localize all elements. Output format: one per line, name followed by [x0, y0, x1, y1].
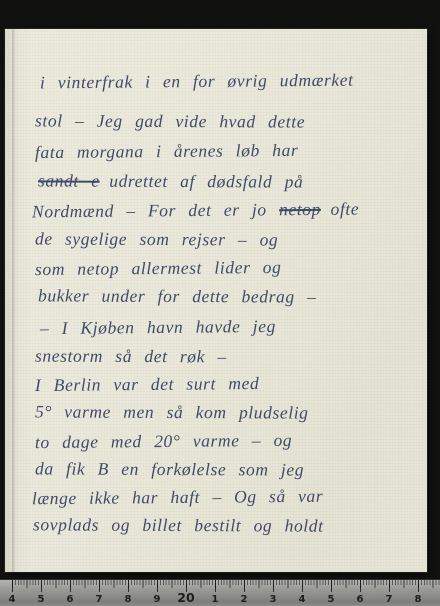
line-text: sovplads og billet bestilt og holdt — [33, 514, 324, 535]
line-text: bukker under for dette bedrag – — [38, 285, 317, 306]
handwritten-line: bukker under for dette bedrag – — [38, 284, 317, 307]
line-text: som netop allermest lider og — [35, 257, 282, 279]
ruler: 4 5 6 7 8 9 20 1 2 3 4 5 6 7 8 — [0, 579, 440, 606]
handwritten-line: I Berlin var det surt med — [35, 372, 259, 396]
line-text: I Berlin var det surt med — [35, 373, 259, 395]
handwritten-line: længe ikke har haft – Og så var — [32, 485, 323, 510]
ruler-number: 4 — [291, 594, 313, 605]
ruler-number: 7 — [88, 594, 110, 605]
ruler-number: 9 — [146, 594, 168, 605]
handwritten-line: da fik B en forkølelse som jeg — [35, 457, 304, 480]
ruler-number: 3 — [262, 594, 284, 605]
line-text: 5° varme men så kom pludselig — [35, 401, 309, 422]
handwriting-block: i vinterfrak i en for øvrig udmærket sto… — [5, 29, 427, 572]
ruler-ticks — [0, 580, 440, 592]
line-text: snestorm så det røk – — [35, 346, 227, 367]
line-text: stol – Jeg gad vide hvad dette — [35, 110, 305, 131]
line-text: da fik B en forkølelse som jeg — [35, 458, 304, 479]
ruler-number: 8 — [117, 594, 139, 605]
line-text: to dage med 20° varme – og — [35, 430, 292, 452]
ruler-number: 8 — [407, 594, 429, 605]
handwritten-line: snestorm så det røk – — [35, 345, 227, 368]
handwritten-line: Nordmænd – For det er jo netopofte — [32, 198, 359, 223]
ruler-number: 2 — [233, 594, 255, 605]
ruler-number: 6 — [59, 594, 81, 605]
photo-background: { "colors": { "background": "#111110", "… — [0, 0, 440, 606]
handwritten-line: – I Kjøben havn havde jeg — [40, 315, 276, 339]
line-text: fata morgana i årenes løb har — [35, 140, 299, 162]
ruler-number: 1 — [204, 594, 226, 605]
handwritten-line: stol – Jeg gad vide hvad dette — [35, 109, 305, 132]
ruler-number: 5 — [320, 594, 342, 605]
line-text: længe ikke har haft – Og så var — [32, 486, 323, 509]
handwritten-line: sovplads og billet bestilt og holdt — [33, 513, 324, 536]
ruler-number: 7 — [378, 594, 400, 605]
line-text: i vinterfrak i en for øvrig udmærket — [40, 70, 354, 93]
ruler-number: 4 — [1, 594, 23, 605]
handwritten-line: sandt eudrettet af dødsfald på — [38, 169, 303, 192]
handwritten-line: som netop allermest lider og — [35, 256, 282, 280]
line-text: de sygelige som rejser – og — [35, 228, 278, 249]
struck-word: netop — [279, 199, 321, 219]
line-text: udrettet af dødsfald på — [109, 171, 303, 192]
letter-page: i vinterfrak i en for øvrig udmærket sto… — [5, 29, 427, 572]
ruler-number: 20 — [175, 590, 197, 605]
ruler-number: 5 — [30, 594, 52, 605]
handwritten-line: fata morgana i årenes løb har — [35, 139, 299, 163]
handwritten-line: to dage med 20° varme – og — [35, 429, 292, 453]
line-text: ofte — [330, 199, 359, 219]
handwritten-line: de sygelige som rejser – og — [35, 227, 278, 250]
handwritten-line: i vinterfrak i en for øvrig udmærket — [40, 69, 354, 94]
struck-word: sandt e — [38, 170, 100, 190]
line-text: – I Kjøben havn havde jeg — [40, 316, 276, 338]
ruler-numbers: 4 5 6 7 8 9 20 1 2 3 4 5 6 7 8 — [0, 592, 440, 605]
ruler-number: 6 — [349, 594, 371, 605]
line-text: Nordmænd – For det er jo — [32, 199, 279, 221]
handwritten-line: 5° varme men så kom pludselig — [35, 400, 309, 423]
